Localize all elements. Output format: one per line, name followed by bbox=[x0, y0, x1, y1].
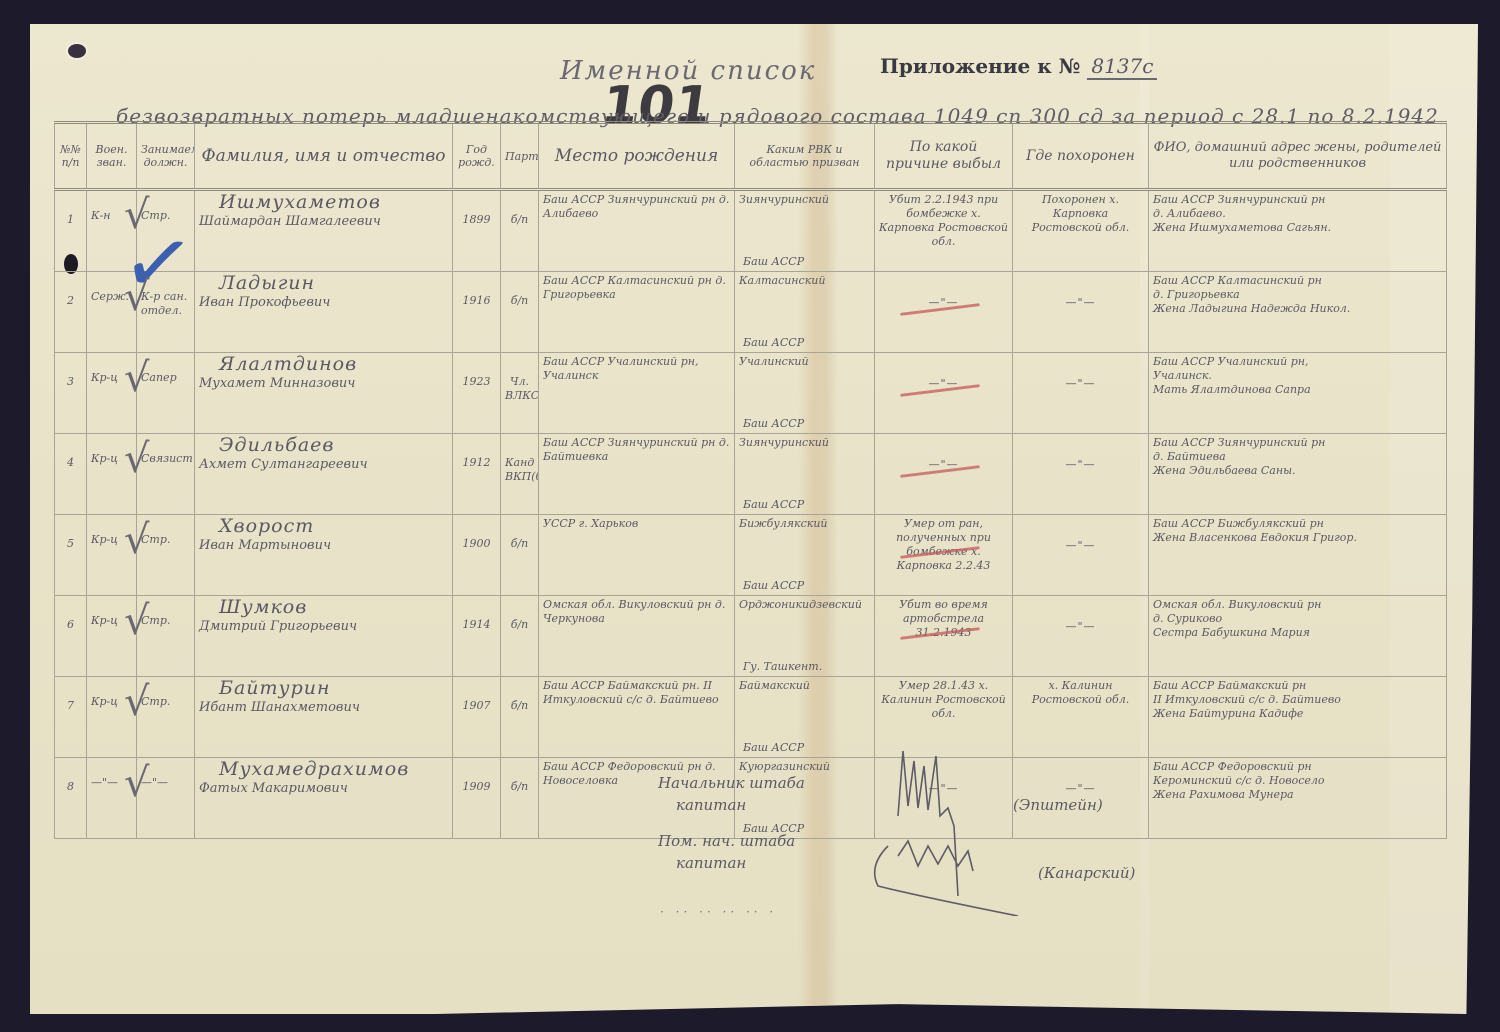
signature-block: Начальник штаба капитан (Эпштейн) Пом. н… bbox=[658, 746, 1218, 916]
burial-cell: —"— bbox=[1013, 272, 1149, 353]
row-number-text: 5 bbox=[59, 537, 82, 551]
header-birthplace: Место рождения bbox=[539, 123, 735, 190]
row-number: 5 bbox=[55, 515, 87, 596]
relatives-line: д. Григорьевка bbox=[1153, 288, 1442, 302]
cause-text: Умер от ран, полученных при бомбежке х. … bbox=[896, 517, 991, 572]
assistant-rank: капитан bbox=[676, 854, 746, 872]
assistant-title: Пом. нач. штаба bbox=[658, 832, 795, 850]
oblast-name: Баш АССР bbox=[743, 336, 804, 350]
rvk-cell: ЗиянчуринскийБаш АССР bbox=[735, 434, 875, 515]
first-patronymic: Мухамет Минназович bbox=[199, 377, 448, 391]
name-cell: ЯлалтдиновМухамет Минназович bbox=[195, 353, 453, 434]
burial-text: —"— bbox=[1065, 458, 1095, 472]
last-name: Эдильбаев bbox=[199, 438, 448, 452]
cause-cell: —"— bbox=[875, 434, 1013, 515]
last-name: Хворост bbox=[199, 519, 448, 533]
check-mark-icon: √ bbox=[124, 274, 150, 320]
burial-cell: —"— bbox=[1013, 596, 1149, 677]
relatives-line: Жена Эдильбаева Саны. bbox=[1153, 464, 1442, 478]
first-patronymic: Иван Мартынович bbox=[199, 539, 448, 553]
rvk-cell: УчалинскийБаш АССР bbox=[735, 353, 875, 434]
relatives-line: Сестра Бабушкина Мария bbox=[1153, 626, 1442, 640]
burial-cell: —"— bbox=[1013, 434, 1149, 515]
relatives-line: д. Алибаево. bbox=[1153, 207, 1442, 221]
first-patronymic: Ибант Шанахметович bbox=[199, 701, 448, 715]
cause-cell: —"— bbox=[875, 353, 1013, 434]
handwritten-signature bbox=[858, 746, 1038, 916]
birth-year-cell: 1916 bbox=[453, 272, 501, 353]
relatives-line: Учалинск. bbox=[1153, 369, 1442, 383]
relatives-line: Баш АССР Баймакский рн bbox=[1153, 679, 1442, 693]
cause-cell: Умер от ран, полученных при бомбежке х. … bbox=[875, 515, 1013, 596]
first-patronymic: Ахмет Султангареевич bbox=[199, 458, 448, 472]
cause-cell: Убит 2.2.1943 при бомбежке х. Карповка Р… bbox=[875, 190, 1013, 272]
birthplace-cell: Омская обл. Викуловский рн д. Черкунова bbox=[539, 596, 735, 677]
birthplace-cell: Баш АССР Зиянчуринский рн д. Байтиевка bbox=[539, 434, 735, 515]
first-patronymic: Шаймардан Шамгалеевич bbox=[199, 215, 448, 229]
relatives-line: д. Байтиева bbox=[1153, 450, 1442, 464]
relatives-line: Баш АССР Зиянчуринский рн bbox=[1153, 193, 1442, 207]
birth-year-cell: 1912 bbox=[453, 434, 501, 515]
oblast-name: Баш АССР bbox=[743, 255, 804, 269]
burial-text: х. Калинин Ростовской обл. bbox=[1032, 679, 1129, 706]
check-mark-icon: √ bbox=[124, 355, 150, 401]
table-row: 2Серж.К-р сан. отдел.ЛадыгинИван Прокофь… bbox=[55, 272, 1447, 353]
rvk-name: Учалинский bbox=[739, 355, 870, 369]
burial-text: —"— bbox=[1065, 296, 1095, 310]
check-mark-icon: √ bbox=[124, 192, 150, 238]
burial-cell: —"— bbox=[1013, 515, 1149, 596]
table-row: 5Кр-цСтр.ХворостИван Мартынович1900б/пУС… bbox=[55, 515, 1447, 596]
check-mark-icon: √ bbox=[124, 436, 150, 482]
row-number-text: 4 bbox=[59, 456, 82, 470]
relatives-line: Жена Власенкова Евдокия Григор. bbox=[1153, 531, 1442, 545]
chief-rank: капитан bbox=[676, 796, 746, 814]
punch-hole bbox=[68, 44, 86, 58]
party-cell: б/п bbox=[501, 758, 539, 839]
header-name: Фамилия, имя и отчество bbox=[195, 123, 453, 190]
name-cell: ИшмухаметовШаймардан Шамгалеевич bbox=[195, 190, 453, 272]
oblast-name: Баш АССР bbox=[743, 417, 804, 431]
burial-text: Похоронен х. Карповка Ростовской обл. bbox=[1032, 193, 1129, 234]
party-cell: б/п bbox=[501, 677, 539, 758]
table-row: 4Кр-цСвязистЭдильбаевАхмет Султангарееви… bbox=[55, 434, 1447, 515]
table-row: 6Кр-цСтр.ШумковДмитрий Григорьевич1914б/… bbox=[55, 596, 1447, 677]
burial-text: —"— bbox=[1065, 377, 1095, 391]
header-burial: Где похоронен bbox=[1013, 123, 1149, 190]
header-cause: По какой причине выбыл bbox=[875, 123, 1013, 190]
relatives-line: II Иткуловский с/с д. Байтиево bbox=[1153, 693, 1442, 707]
first-patronymic: Дмитрий Григорьевич bbox=[199, 620, 448, 634]
rvk-cell: ЗиянчуринскийБаш АССР bbox=[735, 190, 875, 272]
relatives-line: Баш АССР Бижбулякский рн bbox=[1153, 517, 1442, 531]
row-number-text: 6 bbox=[59, 618, 82, 632]
chief-title: Начальник штаба bbox=[658, 774, 805, 792]
rvk-name: Баймакский bbox=[739, 679, 870, 693]
header-rvk: Каким РВК и областью призван bbox=[735, 123, 875, 190]
oblast-name: Баш АССР bbox=[743, 498, 804, 512]
check-mark-icon: √ bbox=[124, 517, 150, 563]
name-cell: БайтуринИбант Шанахметович bbox=[195, 677, 453, 758]
row-number-text: 1 bbox=[59, 213, 82, 227]
burial-text: —"— bbox=[1065, 539, 1095, 553]
appendix-text: Приложение к № bbox=[880, 54, 1080, 78]
relatives-line: Жена Ишмухаметова Сагьян. bbox=[1153, 221, 1442, 235]
appendix-label: Приложение к № 8137с bbox=[880, 54, 1157, 78]
birth-year-cell: 1900 bbox=[453, 515, 501, 596]
party-cell: б/п bbox=[501, 515, 539, 596]
rvk-name: Зиянчуринский bbox=[739, 436, 870, 450]
name-cell: МухамедрахимовФатых Макаримович bbox=[195, 758, 453, 839]
row-number: 8 bbox=[55, 758, 87, 839]
first-patronymic: Иван Прокофьевич bbox=[199, 296, 448, 310]
party-cell: б/п bbox=[501, 272, 539, 353]
check-mark-icon: √ bbox=[124, 679, 150, 725]
burial-text: —"— bbox=[1065, 620, 1095, 634]
birth-year-cell: 1899 bbox=[453, 190, 501, 272]
relatives-line: Баш АССР Зиянчуринский рн bbox=[1153, 436, 1442, 450]
row-number-text: 7 bbox=[59, 699, 82, 713]
birth-year-cell: 1923 bbox=[453, 353, 501, 434]
table-row: 3Кр-цСаперЯлалтдиновМухамет Минназович19… bbox=[55, 353, 1447, 434]
birthplace-cell: Баш АССР Учалинский рн, Учалинск bbox=[539, 353, 735, 434]
table-row: 1К-нСтр.ИшмухаметовШаймардан Шамгалеевич… bbox=[55, 190, 1447, 272]
row-number-text: 3 bbox=[59, 375, 82, 389]
faint-annotation: · ·· ·· ·· ·· · bbox=[660, 905, 777, 919]
row-number: 6 bbox=[55, 596, 87, 677]
burial-cell: —"— bbox=[1013, 353, 1149, 434]
relatives-cell: Баш АССР Учалинский рн,Учалинск.Мать Яла… bbox=[1149, 353, 1447, 434]
birthplace-cell: УССР г. Харьков bbox=[539, 515, 735, 596]
birth-year-cell: 1914 bbox=[453, 596, 501, 677]
burial-cell: Похоронен х. Карповка Ростовской обл. bbox=[1013, 190, 1149, 272]
last-name: Ишмухаметов bbox=[199, 195, 448, 209]
relatives-cell: Баш АССР Зиянчуринский рнд. БайтиеваЖена… bbox=[1149, 434, 1447, 515]
row-number-text: 2 bbox=[59, 294, 82, 308]
relatives-line: Баш АССР Учалинский рн, bbox=[1153, 355, 1442, 369]
assistant-name: (Канарский) bbox=[1038, 864, 1135, 882]
relatives-line: Омская обл. Викуловский рн bbox=[1153, 598, 1442, 612]
appendix-number: 8137с bbox=[1087, 54, 1157, 80]
rvk-name: Калтасинский bbox=[739, 274, 870, 288]
party-cell: б/п bbox=[501, 596, 539, 677]
birth-year-cell: 1909 bbox=[453, 758, 501, 839]
check-mark-icon: √ bbox=[124, 598, 150, 644]
relatives-cell: Баш АССР Калтасинский рнд. ГригорьевкаЖе… bbox=[1149, 272, 1447, 353]
name-cell: ХворостИван Мартынович bbox=[195, 515, 453, 596]
birthplace-cell: Баш АССР Калтасинский рн д. Григорьевка bbox=[539, 272, 735, 353]
rvk-name: Бижбулякский bbox=[739, 517, 870, 531]
document-sheet: Именной список 101 Приложение к № 8137с … bbox=[30, 24, 1478, 1014]
casualty-table: №№ п/п Воен. зван. Занимаемая должн. Фам… bbox=[54, 121, 1447, 839]
rvk-cell: ОрджоникидзевскийГу. Ташкент. bbox=[735, 596, 875, 677]
first-patronymic: Фатых Макаримович bbox=[199, 782, 448, 796]
row-number: 4 bbox=[55, 434, 87, 515]
party-cell: Чл. ВЛКСМ bbox=[501, 353, 539, 434]
header-birth-year: Год рожд. bbox=[453, 123, 501, 190]
last-name: Ладыгин bbox=[199, 276, 448, 290]
last-name: Ялалтдинов bbox=[199, 357, 448, 371]
relatives-cell: Баш АССР Зиянчуринский рнд. Алибаево.Жен… bbox=[1149, 190, 1447, 272]
last-name: Байтурин bbox=[199, 681, 448, 695]
cause-cell: Убит во время артобстрела 31.2.1943 bbox=[875, 596, 1013, 677]
row-number: 1 bbox=[55, 190, 87, 272]
name-cell: ЛадыгинИван Прокофьевич bbox=[195, 272, 453, 353]
birthplace-cell: Баш АССР Зиянчуринский рн д. Алибаево bbox=[539, 190, 735, 272]
row-number: 3 bbox=[55, 353, 87, 434]
header-position: Занимаемая должн. bbox=[137, 123, 195, 190]
oblast-name: Гу. Ташкент. bbox=[743, 660, 822, 674]
row-number: 2 bbox=[55, 272, 87, 353]
cause-cell: —"— bbox=[875, 272, 1013, 353]
party-cell: Канд ВКП(б) bbox=[501, 434, 539, 515]
header-num: №№ п/п bbox=[55, 123, 87, 190]
relatives-line: Жена Байтурина Кадифе bbox=[1153, 707, 1442, 721]
last-name: Шумков bbox=[199, 600, 448, 614]
oblast-name: Баш АССР bbox=[743, 579, 804, 593]
birth-year-cell: 1907 bbox=[453, 677, 501, 758]
header-rank: Воен. зван. bbox=[87, 123, 137, 190]
relatives-line: Мать Ялалтдинова Сапра bbox=[1153, 383, 1442, 397]
name-cell: ШумковДмитрий Григорьевич bbox=[195, 596, 453, 677]
check-mark-icon: √ bbox=[124, 760, 150, 806]
relatives-line: Баш АССР Калтасинский рн bbox=[1153, 274, 1442, 288]
party-cell: б/п bbox=[501, 190, 539, 272]
name-cell: ЭдильбаевАхмет Султангареевич bbox=[195, 434, 453, 515]
cause-text: Убит 2.2.1943 при бомбежке х. Карповка Р… bbox=[879, 193, 1008, 248]
table-header-row: №№ п/п Воен. зван. Занимаемая должн. Фам… bbox=[55, 123, 1447, 190]
relatives-line: д. Суриково bbox=[1153, 612, 1442, 626]
last-name: Мухамедрахимов bbox=[199, 762, 448, 776]
rvk-cell: БижбулякскийБаш АССР bbox=[735, 515, 875, 596]
cause-text: Умер 28.1.43 х. Калинин Ростовской обл. bbox=[881, 679, 1005, 720]
row-number: 7 bbox=[55, 677, 87, 758]
relatives-cell: Омская обл. Викуловский рнд. СуриковоСес… bbox=[1149, 596, 1447, 677]
rvk-name: Зиянчуринский bbox=[739, 193, 870, 207]
rvk-cell: КалтасинскийБаш АССР bbox=[735, 272, 875, 353]
row-number-text: 8 bbox=[59, 780, 82, 794]
header-relatives: ФИО, домашний адрес жены, родителей или … bbox=[1149, 123, 1447, 190]
rvk-name: Орджоникидзевский bbox=[739, 598, 870, 612]
relatives-cell: Баш АССР Бижбулякский рнЖена Власенкова … bbox=[1149, 515, 1447, 596]
relatives-line: Жена Ладыгина Надежда Никол. bbox=[1153, 302, 1442, 316]
header-party: Партийность bbox=[501, 123, 539, 190]
